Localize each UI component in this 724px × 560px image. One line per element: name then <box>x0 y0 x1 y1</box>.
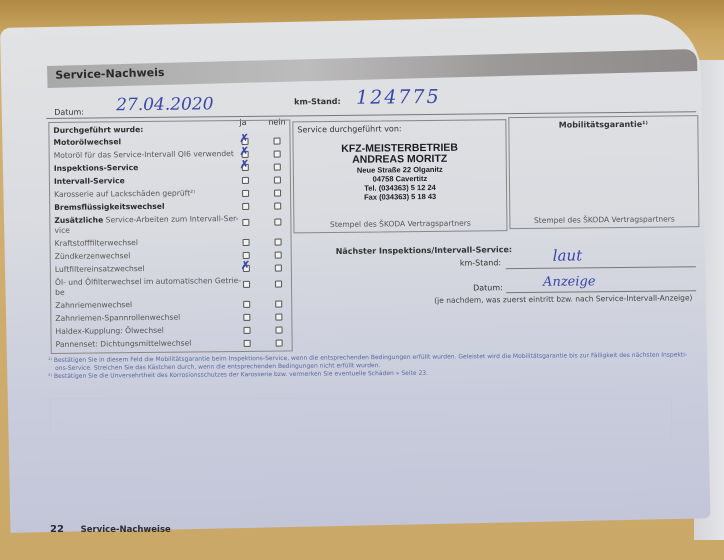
service-box-heading: Service durchgeführt von: <box>297 124 401 134</box>
checklist-item: Luftfiltereinsatzwechsel✗ <box>49 120 289 123</box>
handwritten-check-icon: ✗ <box>240 145 249 158</box>
service-stamp-box: Service durchgeführt von: KFZ-MEISTERBET… <box>292 119 507 233</box>
checklist-item-label: Zusätzliche Service-Arbeiten zum Interva… <box>54 214 238 225</box>
checklist-item-label-cont: be <box>55 288 65 297</box>
checkbox-no[interactable] <box>275 265 282 272</box>
checklist-item: Zahnriemen-Spannrollenwechsel <box>49 120 289 123</box>
page-footer: 22 Service-Nachweise <box>50 524 171 535</box>
checkbox-no[interactable] <box>274 151 281 158</box>
checklist-item: Zahnriemenwechsel <box>49 120 289 123</box>
checklist-item: Karosserie auf Lackschäden geprüft²⁾ <box>49 120 289 123</box>
checklist-item: Zusätzliche Service-Arbeiten zum Interva… <box>49 120 289 123</box>
checklist-item-label: Pannenset: Dichtungsmittelwechsel <box>56 338 192 348</box>
mobility-box-heading: Mobilitätsgarantie¹⁾ <box>509 119 697 130</box>
checklist-item-label: Motoröl für das Service-Intervall QI6 ve… <box>54 149 234 160</box>
mobility-guarantee-box: Mobilitätsgarantie¹⁾ Stempel des ŠKODA V… <box>508 115 699 229</box>
checklist-heading: Durchgeführt wurde: <box>53 125 143 135</box>
checkbox-no[interactable] <box>275 314 282 321</box>
checkbox-yes[interactable] <box>242 203 249 210</box>
header-row: Datum: 27.04.2020 km-Stand: 124775 <box>46 85 696 119</box>
show-through-print <box>50 398 672 440</box>
checkbox-no[interactable] <box>275 281 282 288</box>
checklist-item: Inspektions-Service✗ <box>49 120 289 123</box>
next-km-line <box>506 266 696 269</box>
checklist-item-label: Zahnriemenwechsel <box>55 300 132 310</box>
service-box-caption: Stempel des ŠKODA Vertragspartners <box>294 218 506 229</box>
stamp-line-6: Fax (034363) 5 18 43 <box>294 192 506 202</box>
checklist-item-label: Bremsflüssigkeitswechsel <box>54 202 164 212</box>
checkbox-yes[interactable] <box>243 281 250 288</box>
handwritten-check-icon: ✗ <box>239 132 248 145</box>
checkbox-no[interactable] <box>274 190 281 197</box>
km-value[interactable]: 124775 <box>356 86 441 109</box>
checklist-item-label: Zündkerzenwechsel <box>55 251 131 261</box>
date-value[interactable]: 27.04.2020 <box>116 94 214 115</box>
checklist-item: Haldex-Kupplung: Ölwechsel <box>49 120 289 123</box>
checklist-item-label: Motorölwechsel <box>53 137 121 147</box>
checkbox-yes[interactable] <box>243 301 250 308</box>
checkbox-no[interactable] <box>274 177 281 184</box>
checkbox-no[interactable] <box>274 219 281 226</box>
checklist-item-label: Karosserie auf Lackschäden geprüft²⁾ <box>54 188 195 198</box>
checkbox-yes[interactable] <box>243 239 250 246</box>
km-label: km-Stand: <box>294 97 341 106</box>
section-title: Service-Nachweis <box>55 66 165 82</box>
checklist-item-label: Öl- und Ölfilterwechsel im automatischen… <box>55 276 241 287</box>
checklist-item-label: Luftfiltereinsatzwechsel <box>55 264 145 274</box>
checkbox-yes[interactable] <box>244 340 251 347</box>
footer-title: Service-Nachweise <box>81 525 171 535</box>
mobility-box-caption: Stempel des ŠKODA Vertragspartners <box>510 214 698 225</box>
checklist-item-label: Inspektions-Service <box>54 163 139 173</box>
checkbox-no[interactable] <box>275 327 282 334</box>
checklist-item: Bremsflüssigkeitswechsel <box>49 120 289 123</box>
next-date-label: Datum: <box>473 283 503 292</box>
checklist-item: Öl- und Ölfilterwechsel im automatischen… <box>49 120 289 123</box>
next-km-value[interactable]: laut <box>553 246 583 264</box>
next-service-heading: Nächster Inspektions/Intervall-Service: <box>336 245 512 256</box>
handwritten-check-icon: ✗ <box>241 259 250 272</box>
checkbox-yes[interactable] <box>243 314 250 321</box>
checkbox-yes[interactable] <box>242 190 249 197</box>
checklist-item: Zündkerzenwechsel <box>49 120 289 123</box>
checkbox-no[interactable] <box>273 138 280 145</box>
checklist-item: Intervall-Service <box>49 120 289 123</box>
service-record-form: Datum: 27.04.2020 km-Stand: 124775 ja ne… <box>46 85 699 354</box>
checkbox-no[interactable] <box>274 164 281 171</box>
handwritten-check-icon: ✗ <box>240 158 249 171</box>
page-number: 22 <box>50 524 64 535</box>
next-date-value[interactable]: Anzeige <box>543 274 596 290</box>
checklist-item: Motorölwechsel✗ <box>49 120 289 123</box>
checklist-item-label: Haldex-Kupplung: Ölwechsel <box>55 326 163 336</box>
checkbox-no[interactable] <box>274 203 281 210</box>
date-label: Datum: <box>54 108 84 117</box>
checkbox-no[interactable] <box>276 340 283 347</box>
next-service-note: (je nachdem, was zuerst eintritt bzw. na… <box>434 293 692 305</box>
checklist-item-label: Intervall-Service <box>54 176 125 186</box>
checkbox-no[interactable] <box>275 301 282 308</box>
checklist-item-label-cont: vice <box>54 226 70 235</box>
checklist-item: Motoröl für das Service-Intervall QI6 ve… <box>49 120 289 123</box>
checklist-item: Kraftstofffilterwechsel <box>49 120 289 123</box>
checklist-item-label: Zahnriemen-Spannrollenwechsel <box>55 313 180 323</box>
checkbox-yes[interactable] <box>242 219 249 226</box>
checkbox-yes[interactable] <box>243 252 250 259</box>
checklist: Durchgeführt wurde: Motorölwechsel✗Motor… <box>48 119 292 354</box>
checkbox-no[interactable] <box>275 239 282 246</box>
checklist-item: Pannenset: Dichtungsmittelwechsel <box>49 120 289 123</box>
checkbox-no[interactable] <box>275 252 282 259</box>
next-km-label: km-Stand: <box>460 258 501 267</box>
checkbox-yes[interactable] <box>243 327 250 334</box>
checkbox-yes[interactable] <box>242 177 249 184</box>
checklist-item-label: Kraftstofffilterwechsel <box>55 238 138 248</box>
